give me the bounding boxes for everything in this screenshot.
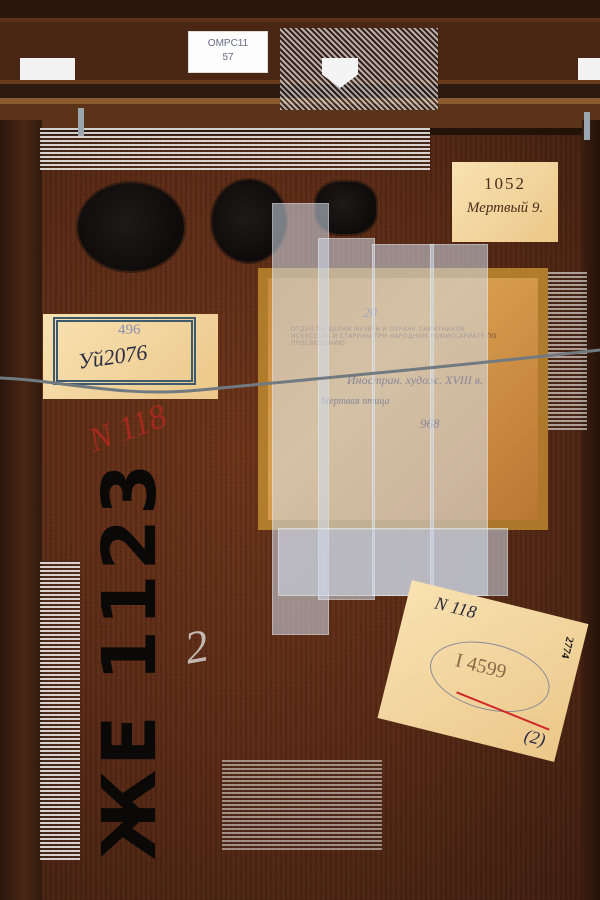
stamp-handwriting-small: 496 — [118, 322, 141, 339]
ticket-paren-mark: (2) — [522, 725, 547, 750]
white-paint-strip — [222, 760, 382, 850]
paper-scrap — [578, 58, 600, 80]
ticket-corner-number: 2774 — [559, 636, 576, 660]
stencil-inventory-number: ЖЕ 1123 — [60, 500, 200, 820]
clip-icon — [78, 108, 84, 136]
tape-strip — [278, 528, 508, 596]
label-title: Мертвый 9. — [452, 200, 558, 217]
label-number: 1052 — [452, 174, 558, 194]
wax-seal-icon — [78, 183, 184, 271]
museum-tag-line2: 57 — [189, 51, 267, 65]
museum-tag-line1: OMPC11 — [189, 37, 267, 51]
hanger-plate — [280, 28, 438, 110]
white-paint-strip — [40, 128, 430, 170]
inventory-label-1052: 1052 Мертвый 9. — [452, 162, 558, 242]
stretcher-left-bar — [0, 120, 42, 900]
ticket-label: N 118 I 4599 2774 (2) — [378, 580, 589, 762]
hanging-wire — [0, 340, 600, 400]
red-pencil-mark: N 118 — [84, 398, 172, 461]
clip-icon — [584, 112, 590, 140]
ticket-number-mark: N 118 — [433, 593, 479, 624]
stencil-text: ЖЕ 1123 — [87, 460, 173, 861]
museum-tag: OMPC11 57 — [188, 31, 268, 73]
stretcher-right-bar — [582, 120, 600, 900]
paper-scrap — [20, 58, 75, 80]
painting-back: OMPC11 57 1052 Мертвый 9. 496 Уй2076 20 … — [0, 0, 600, 900]
